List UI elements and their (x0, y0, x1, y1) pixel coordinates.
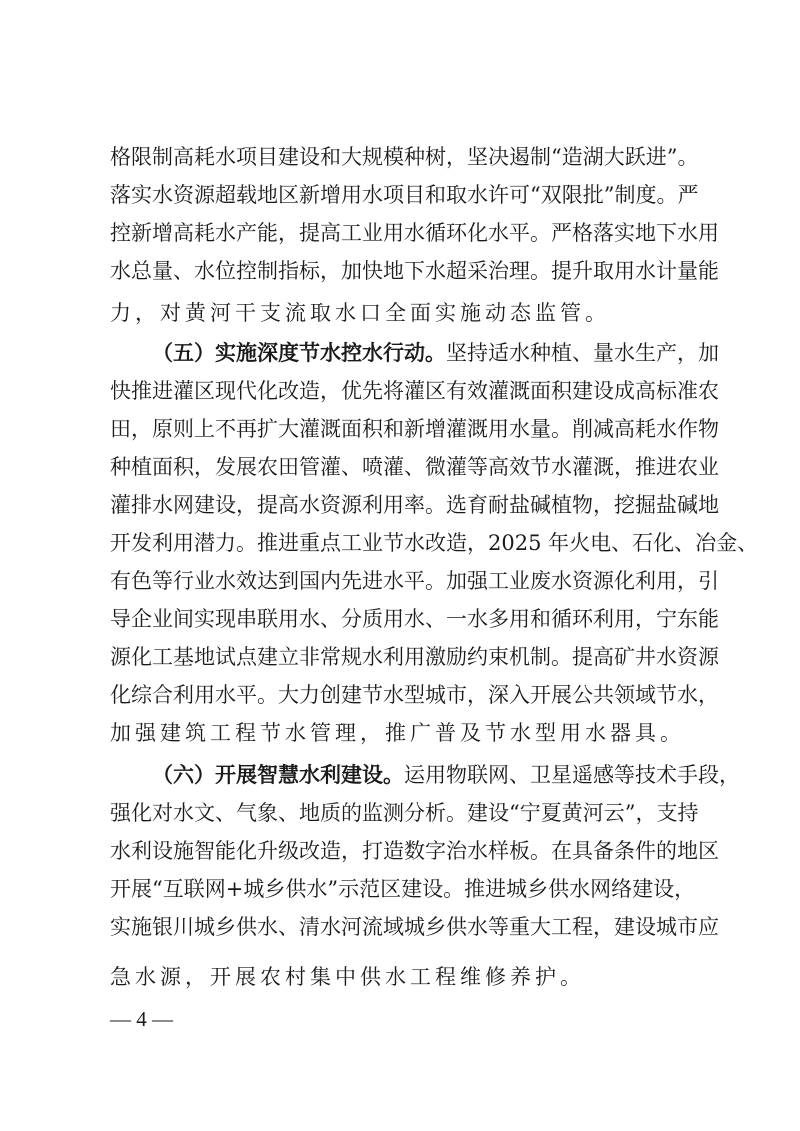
text-line: 源化工基地试点建立非常规水利用激励约束机制。提高矿井水资源 (110, 642, 690, 672)
text-line: 种植面积，发展农田管灌、喷灌、微灌等高效节水灌溉，推进农业 (110, 452, 690, 482)
text-line: 强化对水文、气象、地质的监测分析。建设“宁夏黄河云”，支持 (110, 798, 690, 828)
text-line: 田，原则上不再扩大灌溉面积和新增灌溉用水量。削减高耗水作物 (110, 414, 690, 444)
text-line: 灌排水网建设，提高水资源利用率。选育耐盐碱植物，挖掘盐碱地 (110, 490, 690, 520)
text-line: 有色等行业水效达到国内先进水平。加强工业废水资源化利用，引 (110, 566, 690, 596)
text-line: 落实水资源超载地区新增用水项目和取水许可“双限批”制度。严 (110, 180, 690, 210)
text-run: 坚持适水种植、量水生产，加 (446, 341, 719, 365)
text-line: 开展“互联网+城乡供水”示范区建设。推进城乡供水网络建设， (110, 874, 690, 904)
section-heading-line: （五）实施深度节水控水行动。坚持适水种植、量水生产，加 (152, 338, 690, 368)
text-line: 格限制高耗水项目建设和大规模种树，坚决遏制“造湖大跃进”。 (110, 142, 690, 172)
page-number: — 4 — (110, 1004, 173, 1034)
text-line: 控新增高耗水产能，提高工业用水循环化水平。严格落实地下水用 (110, 218, 690, 248)
text-line: 导企业间实现串联用水、分质用水、一水多用和循环利用，宁东能 (110, 604, 690, 634)
section-heading-five: （五）实施深度节水控水行动。 (152, 341, 446, 365)
section-heading-line: （六）开展智慧水利建设。运用物联网、卫星遥感等技术手段， (152, 760, 690, 790)
text-line: 化综合利用水平。大力创建节水型城市，深入开展公共领域节水， (110, 680, 690, 710)
text-line: 实施银川城乡供水、清水河流域城乡供水等重大工程，建设城市应 (110, 912, 690, 942)
text-line: 急水源，开展农村集中供水工程维修养护。 (110, 962, 690, 992)
text-line: 力，对黄河干支流取水口全面实施动态监管。 (110, 298, 690, 328)
section-heading-six: （六）开展智慧水利建设。 (152, 763, 404, 787)
document-page: 格限制高耗水项目建设和大规模种树，坚决遏制“造湖大跃进”。 落实水资源超载地区新… (0, 0, 800, 1131)
text-line: 加强建筑工程节水管理，推广普及节水型用水器具。 (110, 718, 690, 748)
text-line: 快推进灌区现代化改造，优先将灌区有效灌溉面积建设成高标准农 (110, 376, 690, 406)
text-line: 水利设施智能化升级改造，打造数字治水样板。在具备条件的地区 (110, 836, 690, 866)
text-run: 运用物联网、卫星遥感等技术手段， (404, 763, 740, 787)
text-line: 水总量、水位控制指标，加快地下水超采治理。提升取用水计量能 (110, 256, 690, 286)
text-line: 开发利用潜力。推进重点工业节水改造，2025 年火电、石化、冶金、 (110, 528, 690, 558)
